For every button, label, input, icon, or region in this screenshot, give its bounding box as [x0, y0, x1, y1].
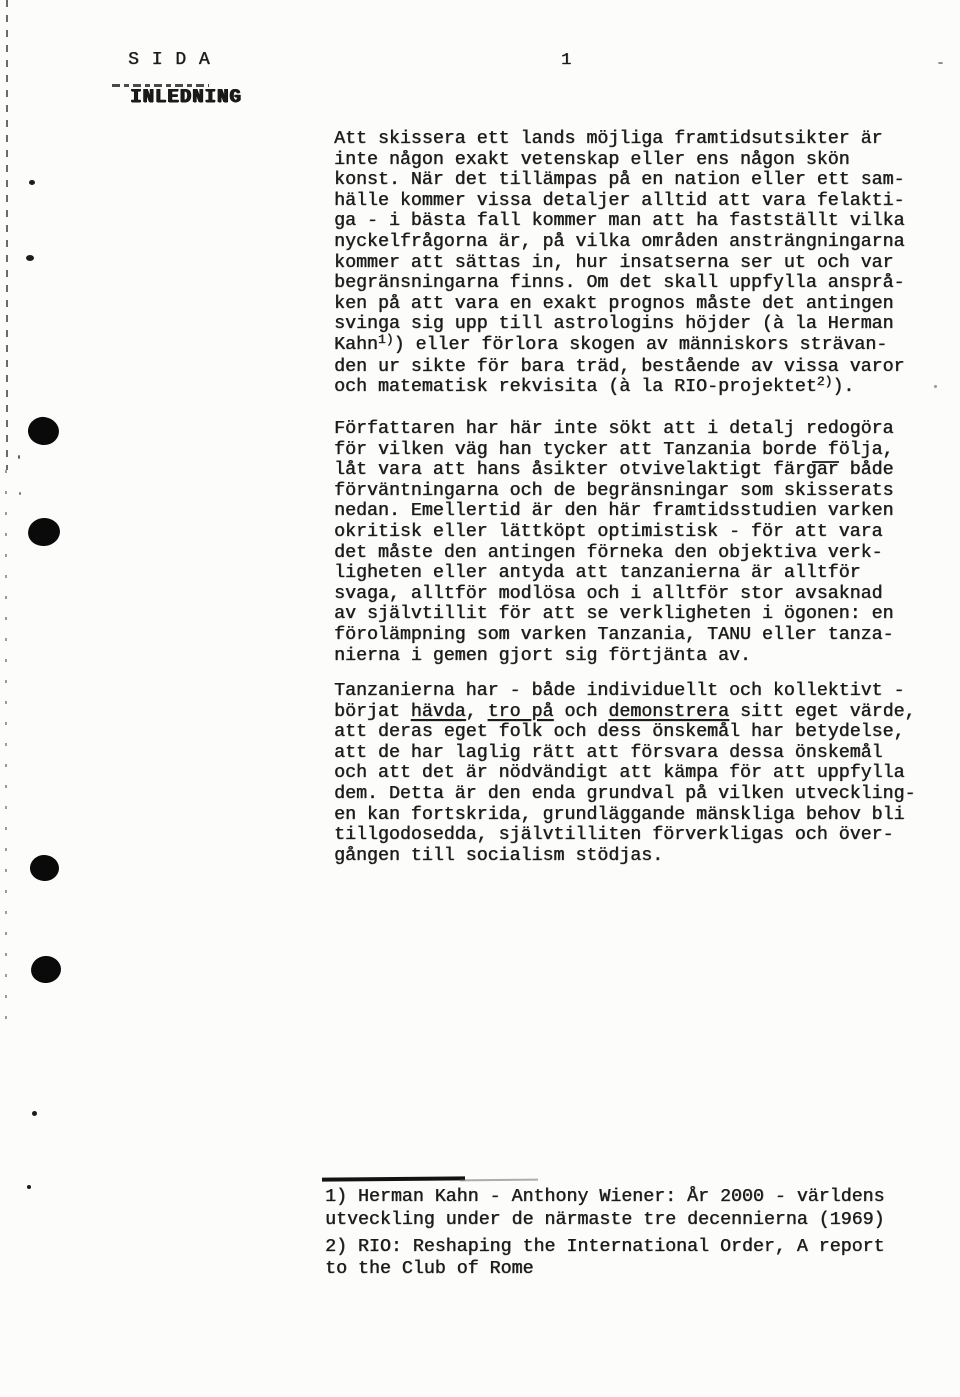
scan-speck: [26, 255, 34, 261]
overtype-artifact: [812, 461, 839, 463]
paragraph-3: Tanzanierna har - både individuellt och …: [334, 681, 915, 866]
footnote-separator-tail: [460, 1179, 538, 1182]
footnote-separator-line: [322, 1176, 465, 1181]
underlined-term: hävda: [411, 702, 466, 722]
paragraph-3-underlined-line: börjat hävda, tro på och demonstrera sit…: [334, 702, 915, 722]
text-segment: börjat: [334, 702, 411, 722]
scan-edge-artifact: [6, 0, 8, 470]
punch-hole-dot: [27, 516, 62, 547]
punch-hole-dot: [30, 955, 62, 984]
section-heading: INLEDNING: [130, 87, 242, 108]
underlined-term: tro på: [488, 702, 554, 722]
scan-speck: [934, 385, 937, 388]
paragraph-3-text: Tanzanierna har - både individuellt och …: [334, 681, 904, 701]
text-segment: ,: [466, 702, 488, 722]
paragraph-1-text: Att skissera ett lands möjliga framtidsu…: [334, 129, 904, 355]
punch-hole-dot: [29, 854, 60, 882]
scan-speck: [32, 1111, 37, 1116]
scan-speck: [18, 455, 20, 459]
paragraph-2: Författaren har här inte sökt att i deta…: [334, 419, 894, 666]
scan-speck: [938, 62, 943, 64]
paragraph-1: Att skissera ett lands möjliga framtidsu…: [334, 129, 904, 399]
paragraph-1-text: ).: [832, 377, 854, 397]
page-number: 1: [561, 51, 571, 72]
paragraph-3-text: att deras eget folk och dess önskemål ha…: [334, 722, 915, 866]
footnote-ref-1: 1): [378, 332, 394, 347]
org-title: S I D A: [128, 50, 211, 71]
punch-hole-dot: [26, 415, 61, 447]
scan-speck: [19, 492, 21, 495]
text-segment: sitt eget värde,: [729, 702, 916, 722]
scan-speck: [27, 1185, 31, 1189]
footnote-ref-2: 2): [817, 374, 833, 389]
footnote-1: 1) Herman Kahn - Anthony Wiener: År 2000…: [325, 1186, 885, 1232]
footnote-2: 2) RIO: Reshaping the International Orde…: [325, 1237, 885, 1280]
text-segment: och: [553, 702, 608, 722]
scan-speck: [29, 180, 35, 185]
scan-edge-artifact: [5, 470, 7, 1030]
underlined-term: demonstrera: [608, 702, 729, 722]
scanned-document-page: S I D A 1 INLEDNING Att skissera ett lan…: [0, 0, 960, 1397]
